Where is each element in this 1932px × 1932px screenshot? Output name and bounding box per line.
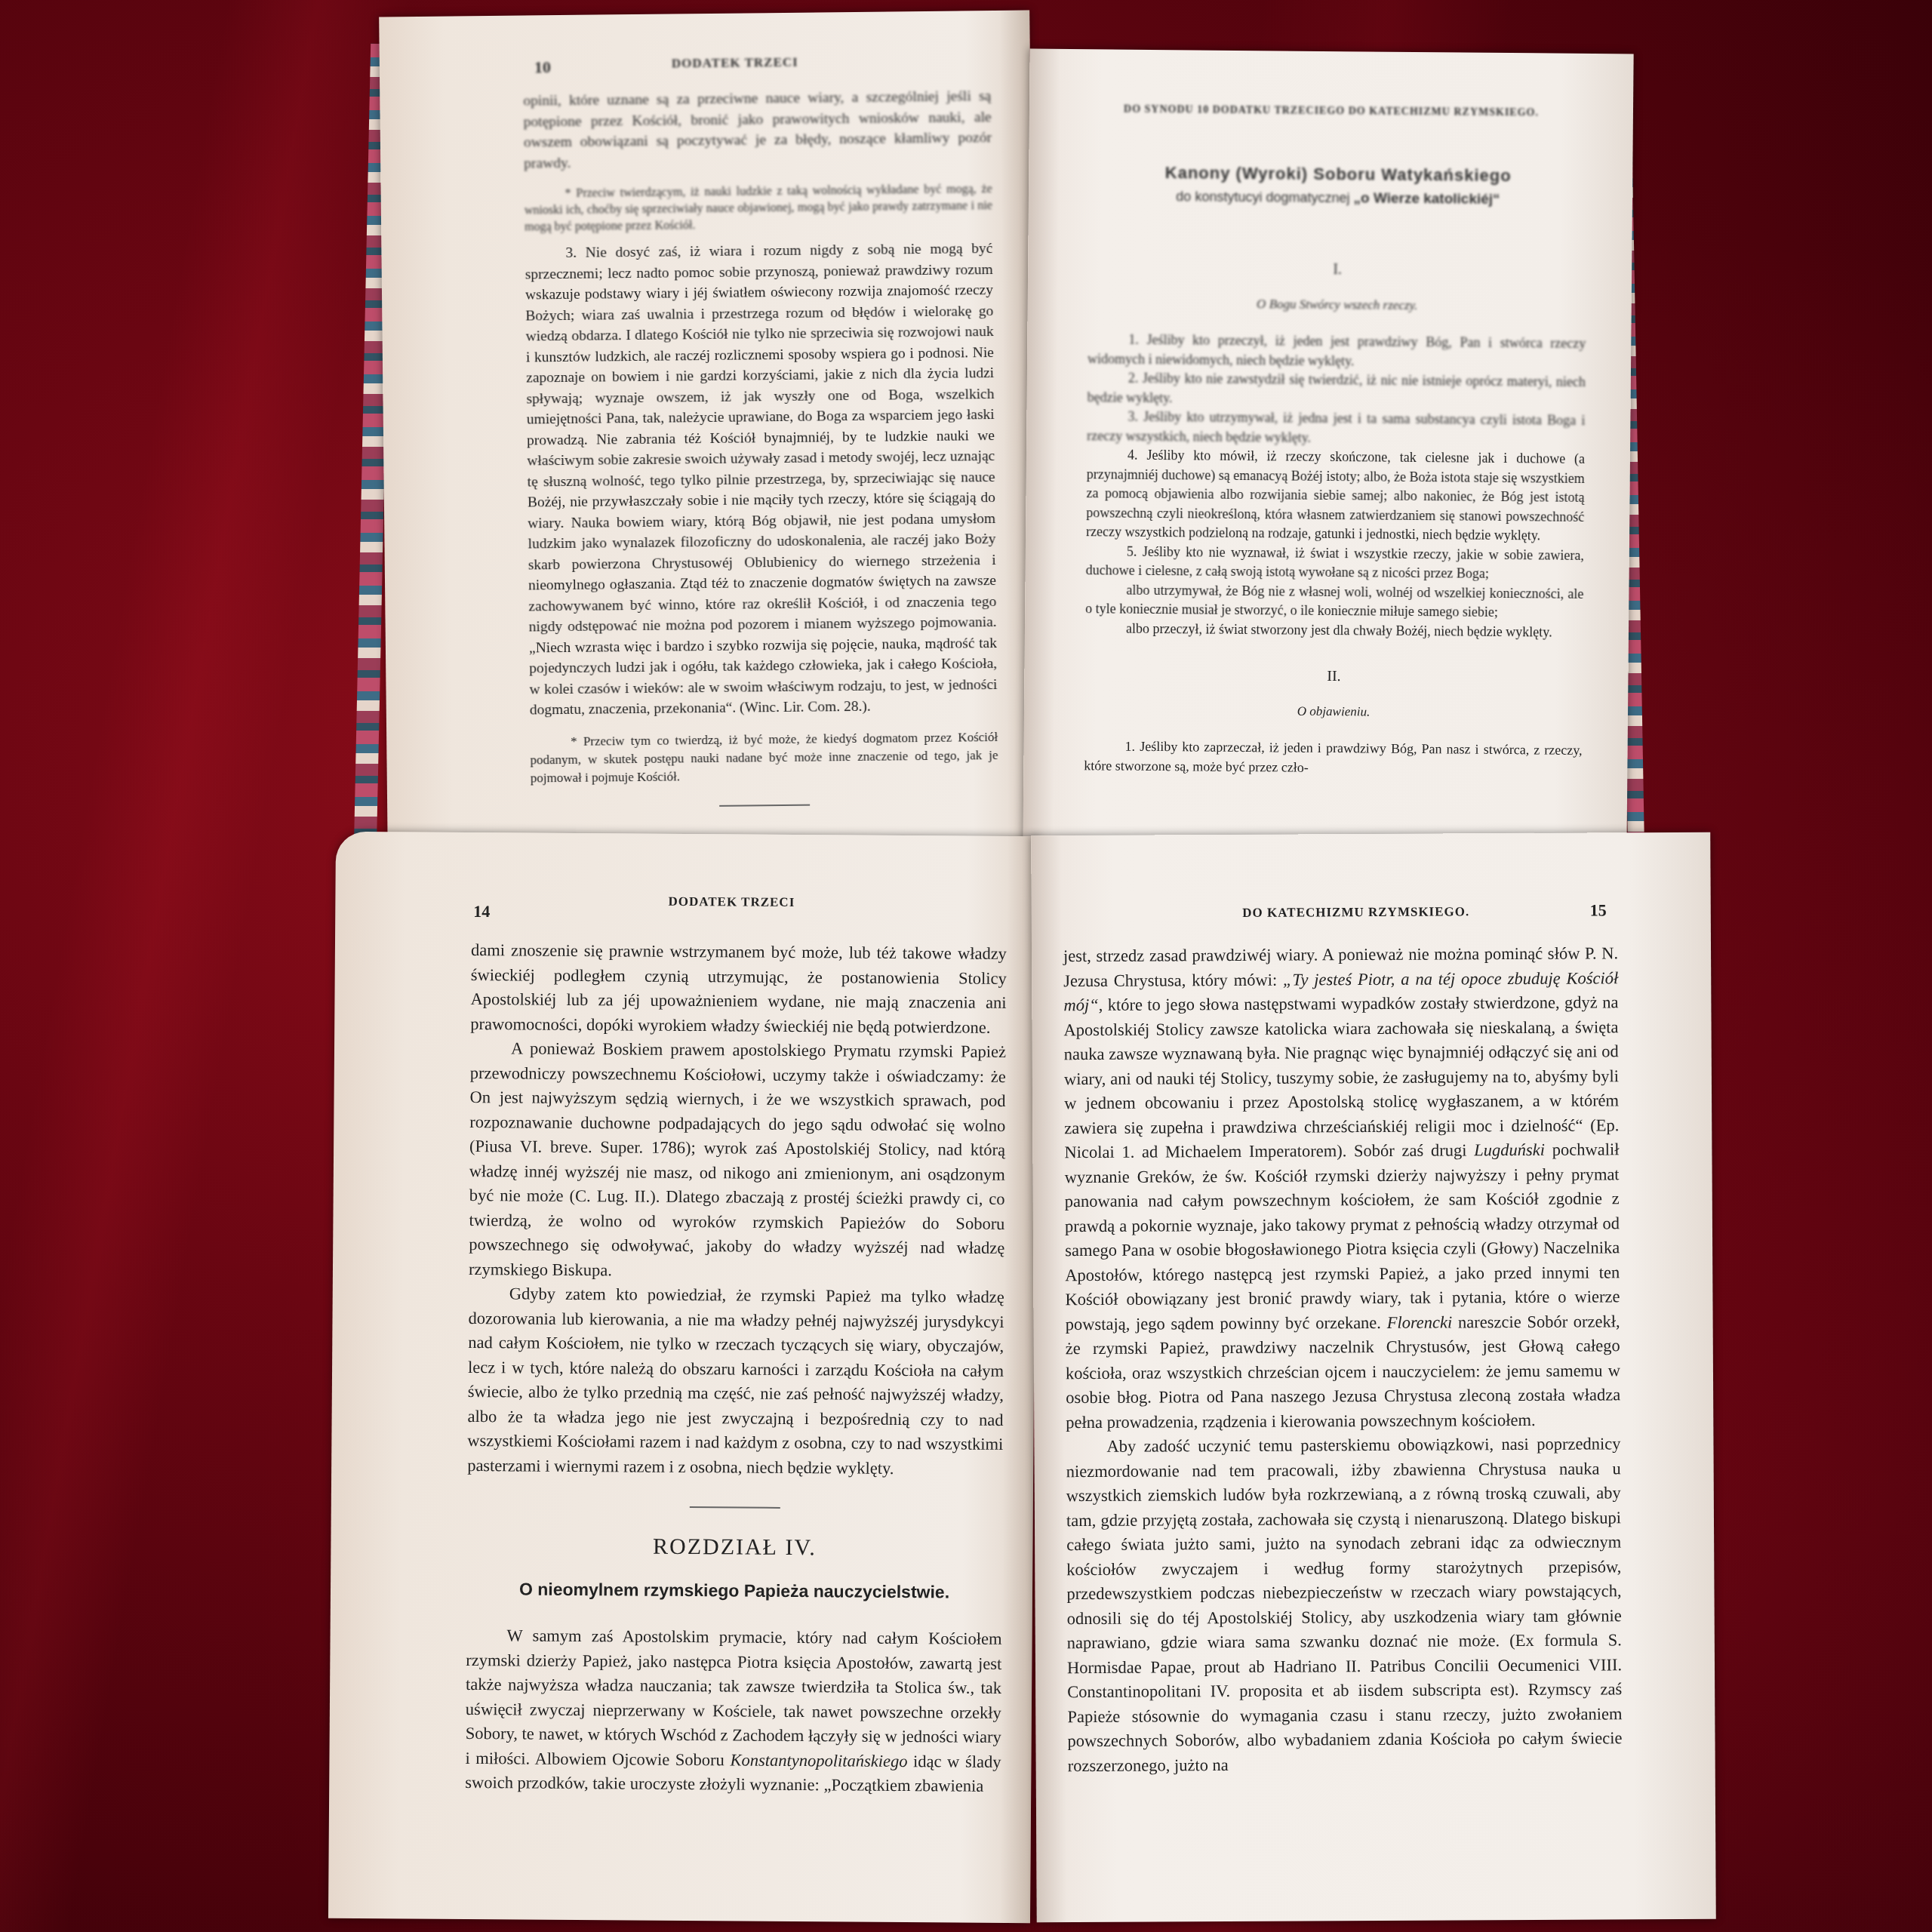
canon: 2. Jeśliby kto nie zawstydził się twierd…: [1088, 368, 1586, 411]
section-number: I.: [1088, 258, 1586, 281]
page-15-body: jest, strzedz zasad prawdziwéj wiary. A …: [1063, 941, 1623, 1778]
section-divider: [719, 804, 810, 806]
running-head-title: DODATEK TRZECI: [440, 53, 1030, 74]
canons-title: Kanony (Wyroki) Soboru Watykańskiego: [1089, 162, 1587, 186]
page-canons-body: Kanony (Wyroki) Soboru Watykańskiego do …: [1084, 162, 1587, 780]
paragraph: W samym zaś Apostolskim prymacie, który …: [465, 1623, 1002, 1798]
page-15: DO KATECHIZMU RZYMSKIEGO. 15 jest, strze…: [1031, 832, 1716, 1923]
chapter-title: ROZDZIAŁ IV.: [466, 1534, 1002, 1561]
page-15-running-head: DO KATECHIZMU RZYMSKIEGO. 15: [1032, 903, 1711, 907]
page-14-body: dami znoszenie się prawnie wstrzymanem b…: [465, 938, 1007, 1798]
running-head-title: DODATEK TRZECI: [426, 893, 1037, 912]
italic-term: Florencki: [1387, 1312, 1453, 1331]
canon: 5. Jeśliby kto nie wyznawał, iż świat i …: [1086, 542, 1584, 585]
canon: 1. Jeśliby kto zaprzeczał, iż jeden i pr…: [1084, 737, 1582, 780]
paragraph: 3. Nie dosyć zaś, iż wiara i rozum nigdy…: [525, 238, 998, 721]
paragraph: Aby zadość uczynić temu pasterskiemu obo…: [1066, 1432, 1622, 1778]
section-number: II.: [1084, 665, 1583, 688]
top-book: 10 DODATEK TRZECI opinii, które uznane s…: [362, 14, 1645, 859]
paragraph: jest, strzedz zasad prawdziwéj wiary. A …: [1063, 941, 1620, 1435]
paragraph: opinii, które uznane są za przeciwne nau…: [523, 86, 992, 174]
section-title: O Bogu Stwórcy wszech rzeczy.: [1088, 293, 1586, 316]
running-head-title: DO KATECHIZMU RZYMSKIEGO.: [1031, 903, 1711, 922]
page-canons-running-head: DO SYNODU 10 DODATKU TRZECIEGO DO KATECH…: [1029, 103, 1633, 109]
canon: albo przeczył, iż świat stworzony jest d…: [1085, 619, 1583, 642]
canon: 4. Jeśliby kto mówił, iż rzeczy skończon…: [1086, 445, 1585, 546]
footnote: * Przeciw twierdzącym, iż nauki ludzkie …: [525, 181, 993, 235]
running-head-title: DO SYNODU 10 DODATKU TRZECIEGO DO KATECH…: [1029, 103, 1633, 121]
paragraph: dami znoszenie się prawnie wstrzymanem b…: [470, 938, 1007, 1040]
page-14-running-head: 14 DODATEK TRZECI: [335, 892, 1037, 897]
canon: albo utrzymywał, że Bóg nie z własnej wo…: [1085, 580, 1583, 623]
canon: 3. Jeśliby kto utrzymywał, iż jedna jest…: [1087, 407, 1585, 450]
paragraph: A ponieważ Boskiem prawem apostolskiego …: [469, 1036, 1006, 1285]
bottom-book: 14 DODATEK TRZECI dami znoszenie się pra…: [332, 834, 1766, 1932]
paragraph: Gdyby zatem kto powiedział, że rzymski P…: [467, 1281, 1004, 1481]
page-10: 10 DODATEK TRZECI opinii, które uznane s…: [379, 11, 1038, 859]
page-number: 15: [1590, 900, 1607, 920]
italic-term: Lugduński: [1474, 1140, 1545, 1159]
section-divider: [690, 1506, 780, 1509]
italic-term: Konstantynopolitańskiego: [730, 1750, 907, 1770]
page-canons: DO SYNODU 10 DODATKU TRZECIEGO DO KATECH…: [1023, 49, 1633, 862]
canon: 1. Jeśliby kto przeczył, iż jeden jest p…: [1088, 330, 1586, 373]
footnote: * Przeciw tym co twierdzą, iż być może, …: [530, 728, 998, 787]
canons-subtitle: do konstytucyi dogmatycznej „o Wierze ka…: [1089, 186, 1587, 210]
chapter-subtitle: O nieomylnem rzymskiego Papieża nauczyci…: [466, 1577, 1002, 1604]
page-10-running-head: 10 DODATEK TRZECI: [380, 53, 1030, 60]
page-10-body: opinii, które uznane są za przeciwne nau…: [523, 86, 998, 828]
page-14: 14 DODATEK TRZECI dami znoszenie się pra…: [328, 832, 1038, 1923]
section-title: O objawieniu.: [1084, 700, 1583, 723]
